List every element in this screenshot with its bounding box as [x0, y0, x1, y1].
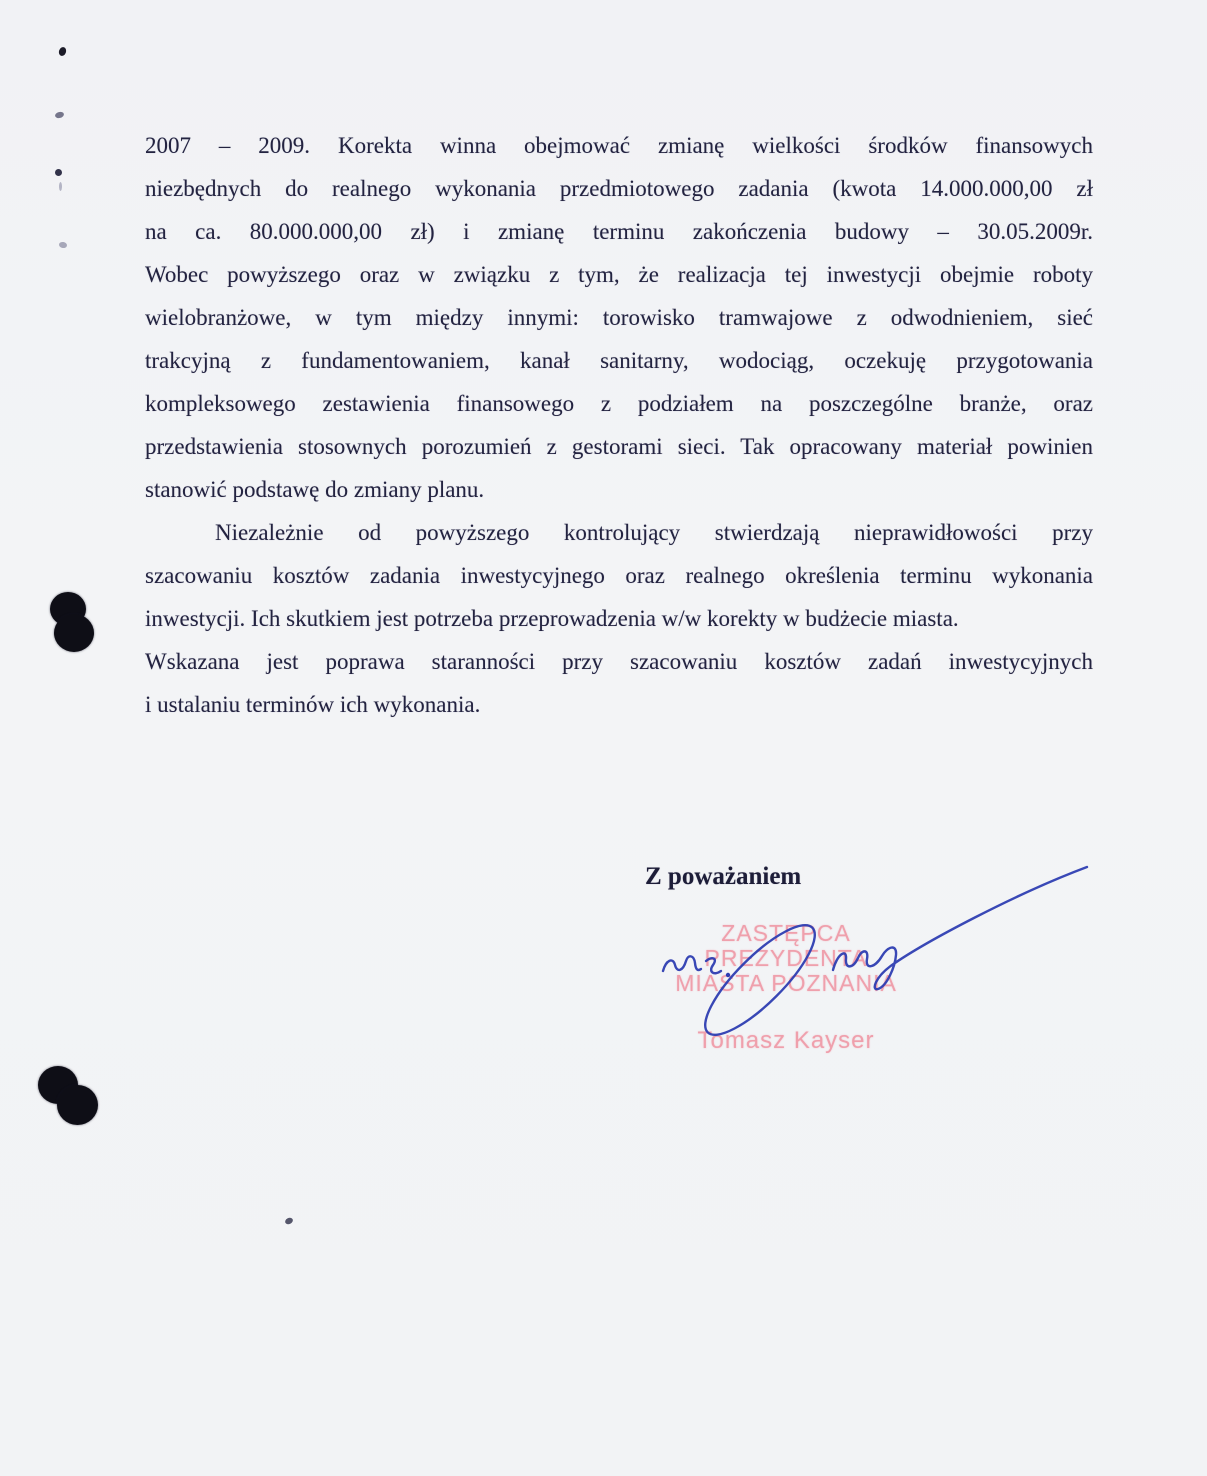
text-line: niezbędnych do realnego wykonania przedm… [145, 167, 1093, 210]
text-line: trakcyjną z fundamentowaniem, kanał sani… [145, 339, 1093, 382]
scan-speck [59, 241, 68, 248]
body-text: 2007 – 2009. Korekta winna obejmować zmi… [145, 124, 1093, 726]
scan-speck [59, 182, 62, 191]
signature-scrawl [833, 867, 1087, 989]
text-line: Wobec powyższego oraz w związku z tym, ż… [145, 253, 1093, 296]
scanned-letter-page: 2007 – 2009. Korekta winna obejmować zmi… [0, 0, 1207, 1476]
text-line: przedstawienia stosownych porozumień z g… [145, 425, 1093, 468]
text-line: inwestycji. Ich skutkiem jest potrzeba p… [145, 597, 1093, 640]
signature-dot [726, 973, 730, 977]
scan-speck [54, 111, 64, 119]
text-line: Wskazana jest poprawa staranności przy s… [145, 640, 1093, 683]
signature-wz-z [706, 958, 721, 973]
scan-speck [58, 46, 68, 57]
signature-wz-w [663, 956, 701, 971]
text-line: i ustalaniu terminów ich wykonania. [145, 683, 1093, 726]
signature-ink [635, 848, 1105, 1078]
scan-speck [55, 169, 62, 176]
text-line: 2007 – 2009. Korekta winna obejmować zmi… [145, 124, 1093, 167]
ink-blob [48, 592, 96, 656]
text-line: wielobranżowe, w tym między innymi: toro… [145, 296, 1093, 339]
text-line: stanowić podstawę do zmiany planu. [145, 468, 1093, 511]
scan-speck [284, 1217, 294, 1226]
text-line: kompleksowego zestawienia finansowego z … [145, 382, 1093, 425]
text-line: Niezależnie od powyższego kontrolujący s… [145, 511, 1093, 554]
ink-blob [38, 1066, 100, 1128]
text-line: na ca. 80.000.000,00 zł) i zmianę termin… [145, 210, 1093, 253]
signature-loop [691, 911, 828, 1048]
text-line: szacowaniu kosztów zadania inwestycyjneg… [145, 554, 1093, 597]
